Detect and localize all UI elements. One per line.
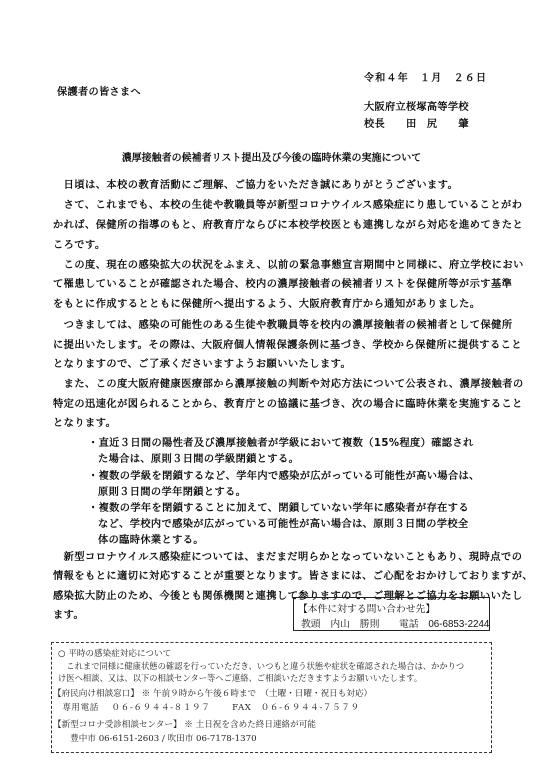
consult-phone-numbers: 専用電話 ０６-６９４４-８１９７ FAX ０６-６９４４-７５７９ [53,701,360,713]
contact-box: 【本件に対する問い合わせ先】 教頭 内山 勝則 電話 06-6853-2244 [293,597,490,631]
principal-name: 校長 田 尻 肇 [364,115,469,130]
body-line: となります。 [53,414,116,429]
notice-heading: ○ 平時の感染症対応について [58,647,171,659]
body-line: また、この度大阪府健康医療部から濃厚接触の判断や対応方法について公表され、濃厚接… [53,375,524,390]
body-line: さて、これまでも、本校の生徒や教職員等が新型コロナウイルス感染症にり患しているこ… [53,196,522,211]
body-line: 日頃は、本校の教育活動にご理解、ご協力をいただき誠にありがとうございます。 [53,176,458,191]
bullet-item-continued: た場合は、原則３日間の学級閉鎖とする。 [98,450,299,465]
bullet-item: ・複数の学級を閉鎖するなど、学年内で感染が広がっている可能性が高い場合は、 [88,467,480,482]
body-line: て罹患していることが確認された場合、校内の濃厚接触者の候補者リストを保健所等が示… [53,275,512,290]
document-title: 濃厚接触者の候補者リスト提出及び今後の臨時休業の実施について [0,149,543,164]
bullet-item: ・直近３日間の陽性者及び濃厚接触者が学級において複数（15%程度）確認され [88,434,474,449]
bullet-item: ・複数の学年を閉鎖することに加えて、閉鎖していない学年に感染者が存在する [88,499,469,514]
body-line: かれば、保健所の指導のもと、府教育庁ならびに本校学校医とも連携しながら対応を進め… [53,216,523,231]
bullet-item-continued: 原則３日間の学年閉鎖とする。 [98,483,246,498]
body-line: つきましては、感染の可能性のある生徒や教職員等を校内の濃厚接触者の候補者として保… [53,316,513,331]
body-line: 情報をもとに適切に対応することが重要となります。皆さまには、ご心配をおかけしてお… [53,567,533,582]
body-line: ます。 [53,606,84,621]
body-line: 特定の迅速化が図られることから、教育庁との協議に基づき、次の場合に臨時休業を実施… [53,395,523,410]
notice-text: け医へ相談、又は、以下の相談センター等へご連絡、ご相談いただきますようお願いいた… [58,672,422,684]
consult-window-heading: 【府民向け相談窓口】 ※ 午前９時から午後６時まで （土曜・日曜・祝日も対応） [53,687,372,699]
contact-detail: 教頭 内山 勝則 電話 06-6853-2244 [301,616,489,630]
corona-center-heading: 【新型コロナ受診相談センター】 ※ 土日祝を含めた終日連絡が可能 [53,718,316,730]
school-name: 大阪府立桜塚高等学校 [364,98,469,113]
document-date: 令和４年 １月 ２６日 [364,69,487,84]
body-line: この度、現在の感染拡大の状況をふまえ、以前の緊急事態宣言期間中と同様に、府立学校… [53,256,524,271]
body-line: に提出いたします。その際は、大阪府個人情報保護条例に基づき、学校から保健所に提供… [53,336,522,351]
body-line: ころです。 [53,236,106,251]
corona-center-phones: 豊中市 06-6151-2603 / 吹田市 06-7178-1370 [53,732,257,744]
addressee: 保護者の皆さまへ [57,83,141,98]
body-line: をもとに作成するとともに保健所へ提出するよう、大阪府教育庁から通知がありました。 [53,295,481,310]
infection-notice-box: ○ 平時の感染症対応について これまで同様に健康状態の確認を行っていただき、いつ… [51,642,492,753]
bullet-item-continued: 体の臨時休業とする。 [98,531,204,546]
body-line: 新型コロナウイルス感染症については、まだまだ明らかとなっていないこともあり、現時… [53,548,522,563]
body-line: となりますので、ご了承くださいますようお願いいたします。 [53,355,351,370]
contact-heading: 【本件に対する問い合わせ先】 [298,601,435,615]
notice-text: これまで同様に健康状態の確認を行っていただき、いつもと違う状態や症状を確認された… [58,660,464,672]
bullet-item-continued: など、学校内で感染が広がっている可能性が高い場合は、原則３日間の学校全 [98,515,469,530]
